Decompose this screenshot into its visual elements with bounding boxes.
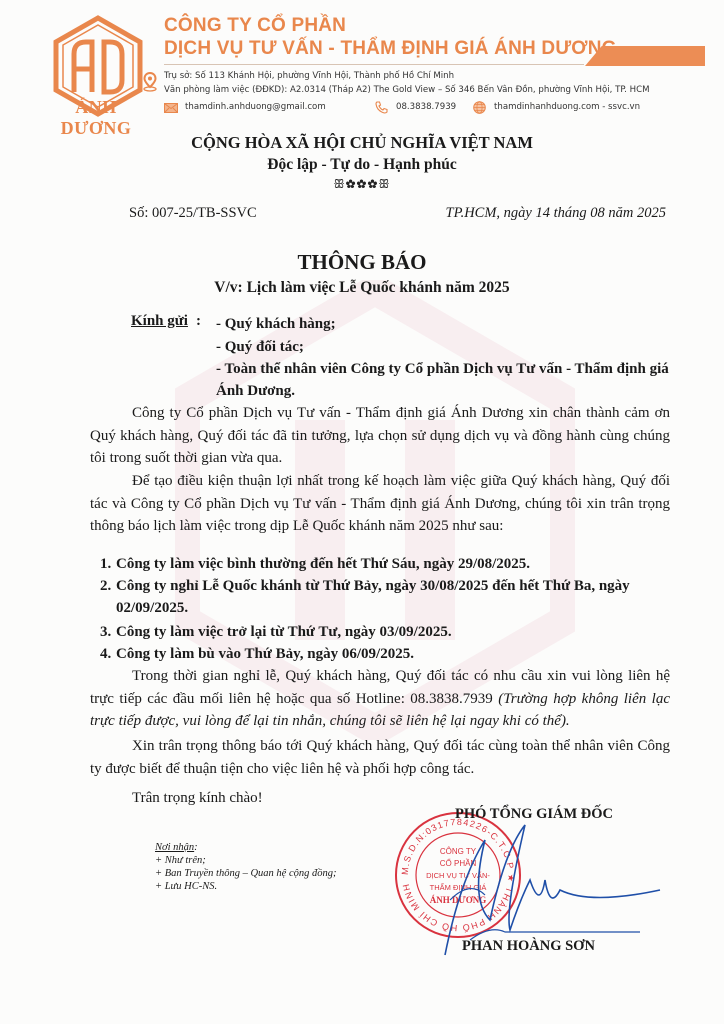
globe-icon bbox=[473, 101, 486, 114]
schedule-item: 3.Công ty làm việc trở lại từ Thứ Tư, ng… bbox=[100, 621, 690, 643]
addressee-item: - Toàn thể nhân viên Công ty Cổ phần Dịc… bbox=[216, 358, 686, 402]
document-place-date: TP.HCM, ngày 14 tháng 08 năm 2025 bbox=[446, 205, 666, 222]
addressee-label: Kính gửi bbox=[131, 313, 188, 330]
phone-icon bbox=[375, 101, 388, 114]
company-name-line1: CÔNG TY CỔ PHẦN bbox=[164, 15, 346, 37]
document-subject: V/v: Lịch làm việc Lễ Quốc khánh năm 202… bbox=[0, 279, 724, 297]
schedule-list: 1.Công ty làm việc bình thường đến hết T… bbox=[100, 553, 690, 665]
document-title: THÔNG BÁO bbox=[0, 250, 724, 275]
envelope-icon bbox=[164, 103, 178, 113]
recipient-item: + Ban Truyền thông – Quan hệ cộng đồng; bbox=[155, 867, 336, 880]
letterhead-divider bbox=[164, 64, 584, 65]
recipient-item: + Lưu HC-NS. bbox=[155, 880, 336, 893]
website-link[interactable]: thamdinhanhduong.com - ssvc.vn bbox=[494, 102, 640, 112]
body-paragraph-3: Trong thời gian nghỉ lễ, Quý khách hàng,… bbox=[90, 665, 670, 733]
location-pin-icon bbox=[143, 72, 157, 92]
closing-greeting: Trân trọng kính chào! bbox=[132, 790, 263, 807]
head-office-address: Trụ sở: Số 113 Khánh Hội, phường Vĩnh Hộ… bbox=[164, 71, 454, 81]
body-paragraph-1: Công ty Cổ phần Dịch vụ Tư vấn - Thẩm đị… bbox=[90, 402, 670, 470]
addressee-item: - Quý đối tác; bbox=[216, 336, 686, 358]
addressee-colon: : bbox=[196, 313, 201, 330]
schedule-item: 4.Công ty làm bù vào Thứ Bảy, ngày 06/09… bbox=[100, 643, 690, 665]
recipient-item: + Như trên; bbox=[155, 854, 336, 867]
email-link[interactable]: thamdinh.anhduong@gmail.com bbox=[185, 102, 326, 112]
letterhead-accent-band bbox=[585, 46, 705, 66]
recipients-block: Nơi nhận: + Như trên; + Ban Truyền thông… bbox=[155, 841, 336, 893]
addressee-item: - Quý khách hàng; bbox=[216, 313, 686, 335]
national-motto: Độc lập - Tự do - Hạnh phúc bbox=[0, 156, 724, 174]
recipients-title: Nơi nhận bbox=[155, 842, 194, 853]
body-paragraph-2: Để tạo điều kiện thuận lợi nhất trong kế… bbox=[90, 470, 670, 538]
signer-name: PHAN HOÀNG SƠN bbox=[462, 938, 595, 955]
ornament-divider: ꕥ✿✿✿ꕥ bbox=[0, 177, 724, 192]
document-number: Số: 007-25/TB-SSVC bbox=[129, 205, 257, 222]
schedule-item: 2.Công ty nghỉ Lễ Quốc khánh từ Thứ Bảy,… bbox=[100, 575, 690, 619]
schedule-item: 1.Công ty làm việc bình thường đến hết T… bbox=[100, 553, 690, 575]
phone-number[interactable]: 08.3838.7939 bbox=[396, 102, 456, 112]
company-name-line2: DỊCH VỤ TƯ VẤN - THẨM ĐỊNH GIÁ ÁNH DƯƠNG bbox=[164, 38, 617, 60]
branch-office-address: Văn phòng làm việc (ĐĐKD): A2.0314 (Tháp… bbox=[164, 85, 650, 95]
body-paragraph-4: Xin trân trọng thông báo tới Quý khách h… bbox=[90, 735, 670, 780]
nation-title: CỘNG HÒA XÃ HỘI CHỦ NGHĨA VIỆT NAM bbox=[0, 133, 724, 153]
